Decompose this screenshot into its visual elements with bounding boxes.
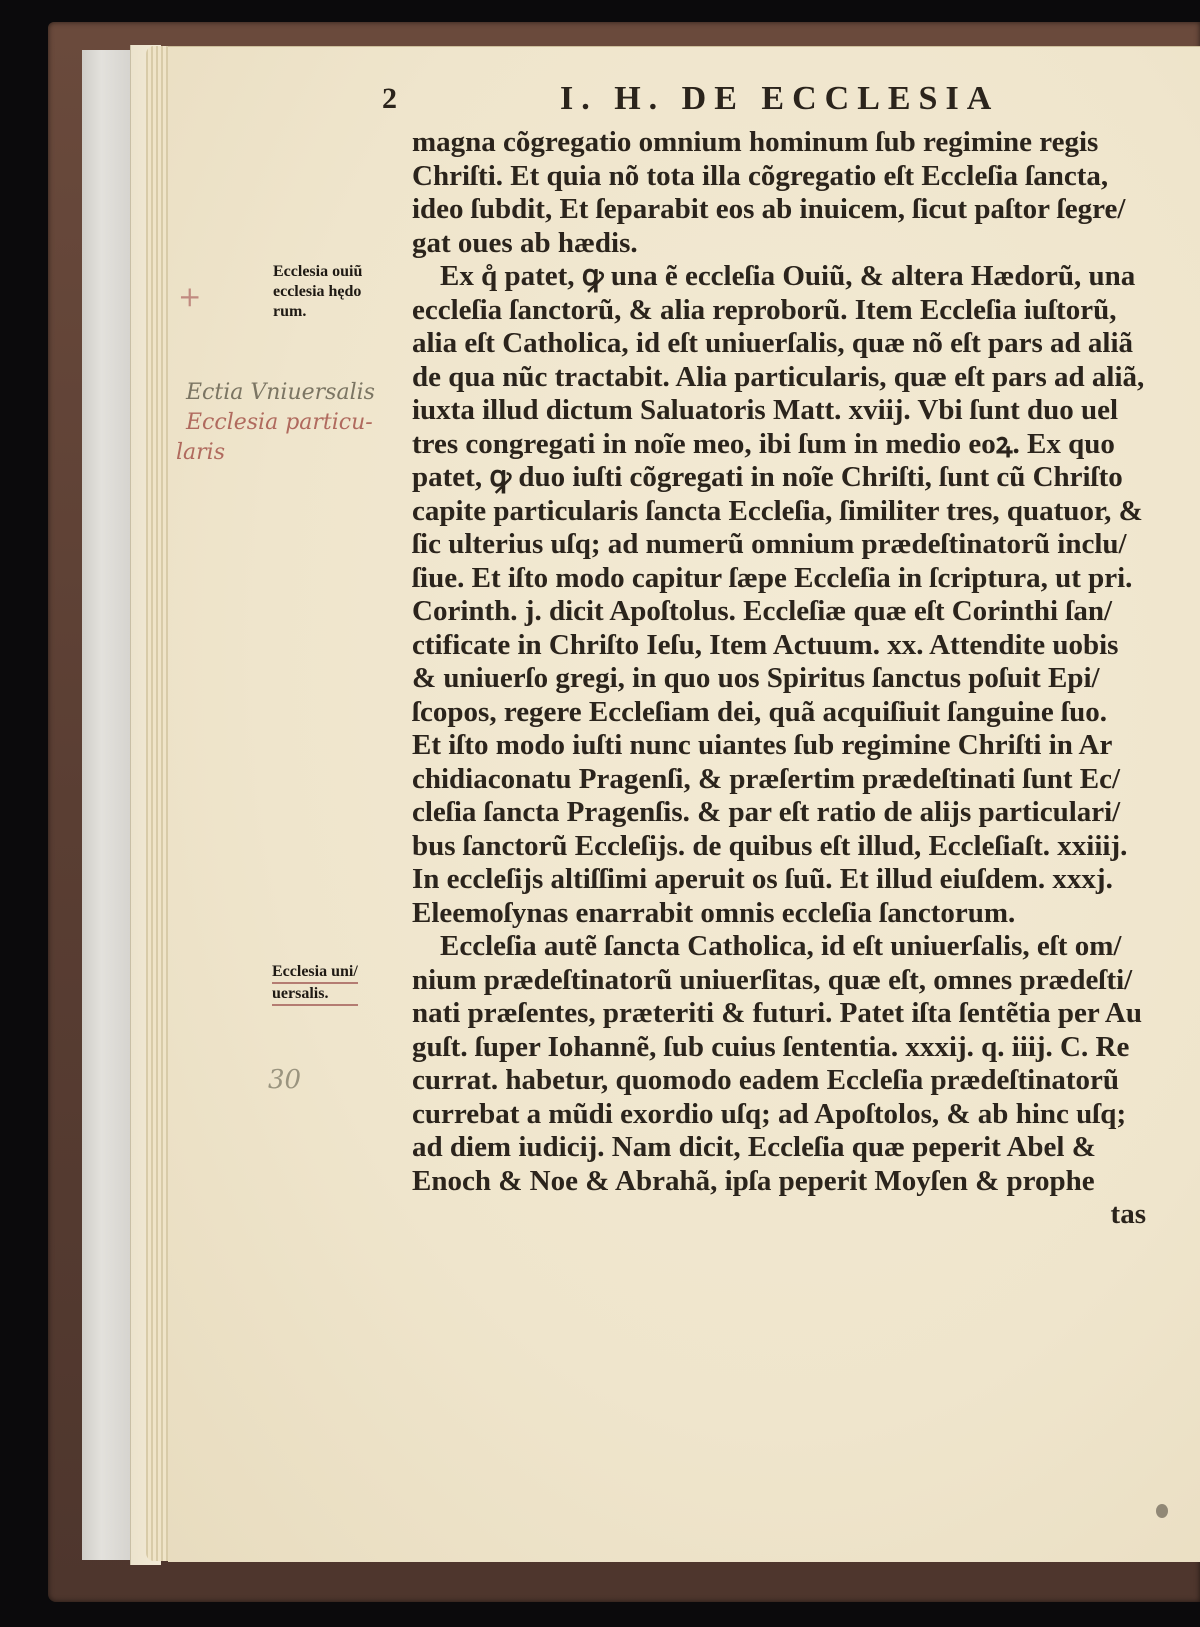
handwritten-number: 30 (268, 1065, 301, 1095)
sidenote-line: rum. (273, 302, 362, 322)
text-line: Enoch & Noe & Abrahã, ipſa peperit Moyſe… (412, 1165, 1172, 1199)
sidenote-line: Ecclesia uni/ (272, 962, 358, 984)
text-line: capite particularis ſancta Eccleſia, ſim… (412, 495, 1172, 529)
handwritten-note-red-cont: laris (176, 440, 225, 465)
text-line: Corinth. j. dicit Apoſtolus. Eccleſiæ qu… (412, 595, 1172, 629)
text-line: ſiue. Et iſto modo capitur ſæpe Eccleſia… (412, 562, 1172, 596)
text-line: guſt. ſuper Iohannẽ, ſub cuius ſententia… (412, 1031, 1172, 1065)
sidenote-line: uersalis. (272, 984, 358, 1006)
text-line: & uniuerſo gregi, in quo uos Spiritus ſa… (412, 662, 1172, 696)
handwritten-note-grey: Ectia Vniuersalis (186, 380, 375, 405)
text-line: currebat a mũdi exordio uſq; ad Apoſtolo… (412, 1098, 1172, 1132)
text-line: cleſia ſancta Pragenſis. & par eſt ratio… (412, 796, 1172, 830)
text-line: ad diem iudicij. Nam dicit, Eccleſia quæ… (412, 1131, 1172, 1165)
text-line: de qua nũc tractabit. Alia particularis,… (412, 361, 1172, 395)
body-text: magna cõgregatio omnium hominum ſub regi… (412, 126, 1172, 1232)
catchword: tas (412, 1198, 1172, 1232)
text-line: ideo ſubdit, Et ſeparabit eos ab inuicem… (412, 193, 1172, 227)
text-line: In eccleſijs altiſſimi aperuit os ſuũ. E… (412, 863, 1172, 897)
text-line: ſic ulterius uſq; ad numerũ omnium præde… (412, 528, 1172, 562)
text-line: currat. habetur, quomodo eadem Eccleſia … (412, 1064, 1172, 1098)
ink-stain (1156, 1504, 1168, 1518)
running-head: I. H. DE ECCLESIA (560, 80, 999, 118)
handwritten-cross-mark: + (178, 280, 201, 313)
text-line: nium prædeſtinatorũ uniuerſitas, quæ eſt… (412, 964, 1172, 998)
text-line: ſcopos, regere Eccleſiam dei, quã acquiſ… (412, 696, 1172, 730)
text-line: iuxta illud dictum Saluatoris Matt. xvii… (412, 394, 1172, 428)
text-line: nati præſentes, præteriti & futuri. Pate… (412, 997, 1172, 1031)
text-line: Eleemoſynas enarrabit omnis eccleſia ſan… (412, 897, 1172, 931)
text-line: Eccleſia autẽ ſancta Catholica, id eſt u… (412, 930, 1172, 964)
text-line: gat oues ab hædis. (412, 227, 1172, 261)
text-line: Ex q̊ patet, ꝙ una ẽ eccleſia Ouiũ, & al… (412, 260, 1172, 294)
text-line: Et iſto modo iuſti nunc uiantes ſub regi… (412, 729, 1172, 763)
grey-flyleaf (82, 50, 130, 1560)
text-line: patet, ꝙ duo iuſti cõgregati in noĩe Chr… (412, 461, 1172, 495)
text-line: Chriſti. Et quia nõ tota illa cõgregatio… (412, 160, 1172, 194)
text-line: alia eſt Catholica, id eſt uniuerſalis, … (412, 327, 1172, 361)
sidenote-ecclesia-ouium: Ecclesia ouiũ ecclesia hędo rum. (273, 262, 362, 322)
sidenote-line: Ecclesia ouiũ (273, 262, 362, 282)
sidenote-line: ecclesia hędo (273, 282, 362, 302)
sidenote-ecclesia-universalis: Ecclesia uni/ uersalis. (272, 962, 358, 1006)
handwritten-note-red: Ecclesia particu- (186, 410, 373, 435)
text-line: magna cõgregatio omnium hominum ſub regi… (412, 126, 1172, 160)
text-line: bus ſanctorũ Eccleſijs. de quibus eſt il… (412, 830, 1172, 864)
text-line: chidiaconatu Pragenſi, & præſertim præde… (412, 763, 1172, 797)
text-line: tres congregati in noĩe meo, ibi ſum in … (412, 428, 1172, 462)
text-line: ctificate in Chriſto Ieſu, Item Actuum. … (412, 629, 1172, 663)
page-number: 2 (382, 82, 397, 116)
text-line: eccleſia ſanctorũ, & alia reproborũ. Ite… (412, 294, 1172, 328)
